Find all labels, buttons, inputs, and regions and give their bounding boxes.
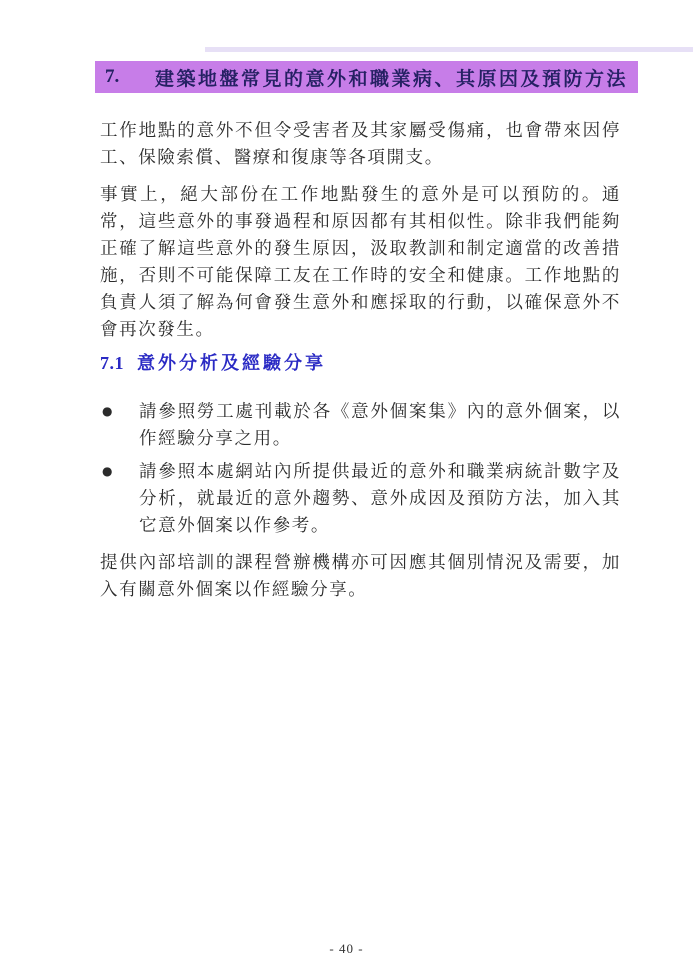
bullet-icon: ● [100, 398, 139, 452]
chapter-title: 建築地盤常見的意外和職業病、其原因及預防方法 [155, 64, 628, 91]
bullet-text: 請參照本處網站內所提供最近的意外和職業病統計數字及分析，就最近的意外趨勢、意外成… [139, 458, 621, 539]
section-number: 7.1 [100, 350, 124, 377]
list-item: ● 請參照勞工處刊載於各《意外個案集》內的意外個案，以作經驗分享之用。 [100, 398, 621, 452]
section-heading-7-1: 7.1 意外分析及經驗分享 [100, 350, 621, 377]
section-title: 意外分析及經驗分享 [137, 350, 326, 377]
paragraph-intro: 工作地點的意外不但令受害者及其家屬受傷痛，也會帶來因停工、保險索償、醫療和復康等… [100, 117, 621, 171]
list-item: ● 請參照本處網站內所提供最近的意外和職業病統計數字及分析，就最近的意外趨勢、意… [100, 458, 621, 539]
paragraph-closing: 提供內部培訓的課程營辦機構亦可因應其個別情況及需要，加入有關意外個案以作經驗分享… [100, 549, 621, 603]
page-number: - 40 - [0, 941, 693, 957]
document-page: 7. 建築地盤常見的意外和職業病、其原因及預防方法 工作地點的意外不但令受害者及… [0, 0, 693, 980]
page-content: 工作地點的意外不但令受害者及其家屬受傷痛，也會帶來因停工、保險索償、醫療和復康等… [100, 117, 621, 603]
bullet-icon: ● [100, 458, 139, 539]
header-rule-divider [205, 47, 693, 52]
bullet-text: 請參照勞工處刊載於各《意外個案集》內的意外個案，以作經驗分享之用。 [139, 398, 621, 452]
paragraph-prevention: 事實上，絕大部份在工作地點發生的意外是可以預防的。通常，這些意外的事發過程和原因… [100, 181, 621, 343]
chapter-number: 7. [105, 66, 155, 88]
chapter-heading-banner: 7. 建築地盤常見的意外和職業病、其原因及預防方法 [95, 61, 638, 93]
